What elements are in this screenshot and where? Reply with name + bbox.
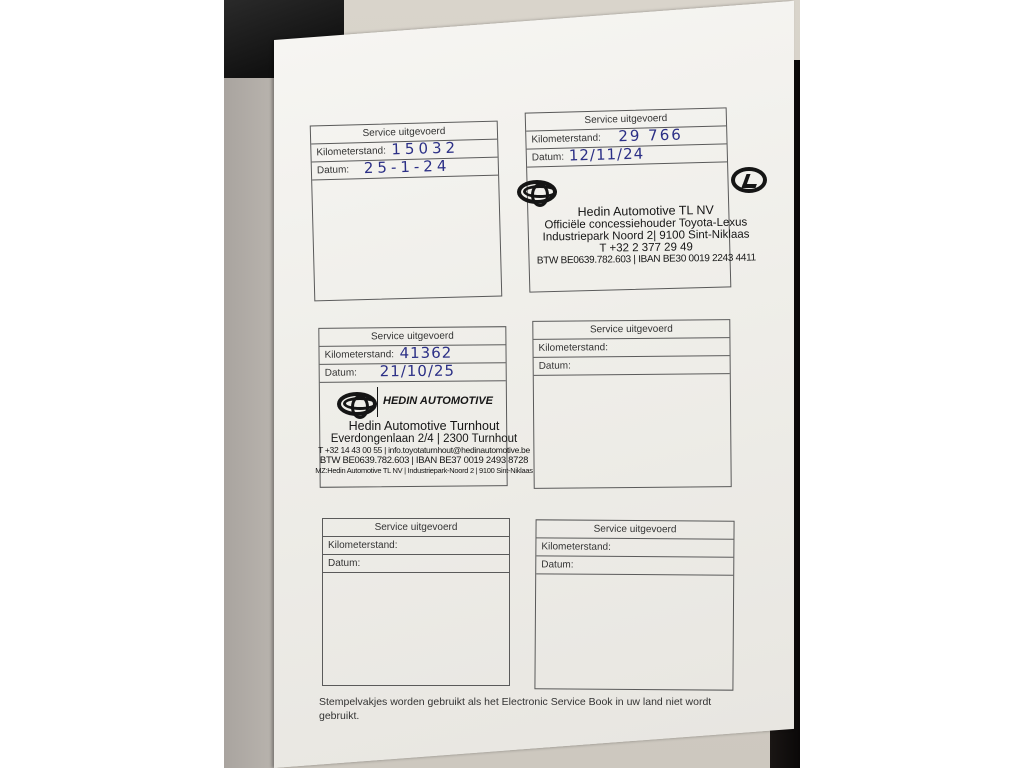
stamp-line: BTW BE0639.782.603 | IBAN BE37 0019 2493… <box>300 455 548 466</box>
service-box-header: Service uitgevoerd <box>533 320 729 340</box>
km-value-handwritten: 29 766 <box>618 126 683 146</box>
date-row: Datum: <box>323 555 509 573</box>
service-box-header: Service uitgevoerd <box>536 520 733 539</box>
date-label: Datum: <box>541 559 573 570</box>
stamp-brand-name: HEDIN AUTOMOTIVE <box>383 395 493 407</box>
date-row: Datum:21/10/25 <box>320 363 506 383</box>
service-box-4: Service uitgevoerd Kilometerstand: Datum… <box>532 319 731 489</box>
km-label: Kilometerstand: <box>538 342 608 354</box>
date-label: Datum: <box>325 367 357 378</box>
km-value-handwritten: 15032 <box>391 139 459 159</box>
service-box-6: Service uitgevoerd Kilometerstand: Datum… <box>534 519 734 690</box>
km-row: Kilometerstand: <box>536 538 733 557</box>
date-label: Datum: <box>317 164 350 176</box>
service-box-5: Service uitgevoerd Kilometerstand: Datum… <box>322 518 510 686</box>
toyota-logo <box>517 180 557 204</box>
date-label: Datum: <box>532 152 565 164</box>
toyota-logo <box>337 392 377 416</box>
km-label: Kilometerstand: <box>328 540 397 551</box>
stamp-line: T +32 14 43 00 55 | info.toyotaturnhout@… <box>300 445 548 455</box>
service-box-1: Service uitgevoerd Kilometerstand:15032 … <box>310 121 503 302</box>
stamp-line: MZ:Hedin Automotive TL NV | Industriepar… <box>300 466 548 475</box>
dealer-stamp-sint-niklaas: Hedin Automotive TL NV Officiële concess… <box>515 202 778 267</box>
lexus-logo <box>731 167 767 193</box>
date-row: Datum: <box>536 556 733 575</box>
km-row: Kilometerstand: <box>323 537 509 555</box>
km-label: Kilometerstand: <box>316 146 386 159</box>
date-label: Datum: <box>539 361 571 372</box>
km-label: Kilometerstand: <box>531 133 601 146</box>
service-box-header: Service uitgevoerd <box>323 519 509 537</box>
footer-note: Stempelvakjes worden gebruikt als het El… <box>319 695 729 723</box>
stamp-brand-divider <box>377 387 378 417</box>
left-page-edge <box>224 78 276 768</box>
km-row: Kilometerstand: <box>533 338 729 358</box>
date-row: Datum:12/11/24 <box>527 144 727 167</box>
date-value-handwritten: 21/10/25 <box>380 362 456 381</box>
date-label: Datum: <box>328 558 360 569</box>
stamp-line: Everdongenlaan 2/4 | 2300 Turnhout <box>300 433 548 445</box>
date-row: Datum:25-1-24 <box>312 158 498 181</box>
km-label: Kilometerstand: <box>324 349 394 361</box>
dealer-stamp-turnhout: Hedin Automotive Turnhout Everdongenlaan… <box>300 419 548 475</box>
date-value-handwritten: 25-1-24 <box>364 157 451 177</box>
stamp-line: Hedin Automotive Turnhout <box>300 419 548 433</box>
date-row: Datum: <box>534 356 730 376</box>
km-value-handwritten: 41362 <box>399 344 452 362</box>
date-value-handwritten: 12/11/24 <box>569 145 645 165</box>
km-label: Kilometerstand: <box>541 541 611 552</box>
